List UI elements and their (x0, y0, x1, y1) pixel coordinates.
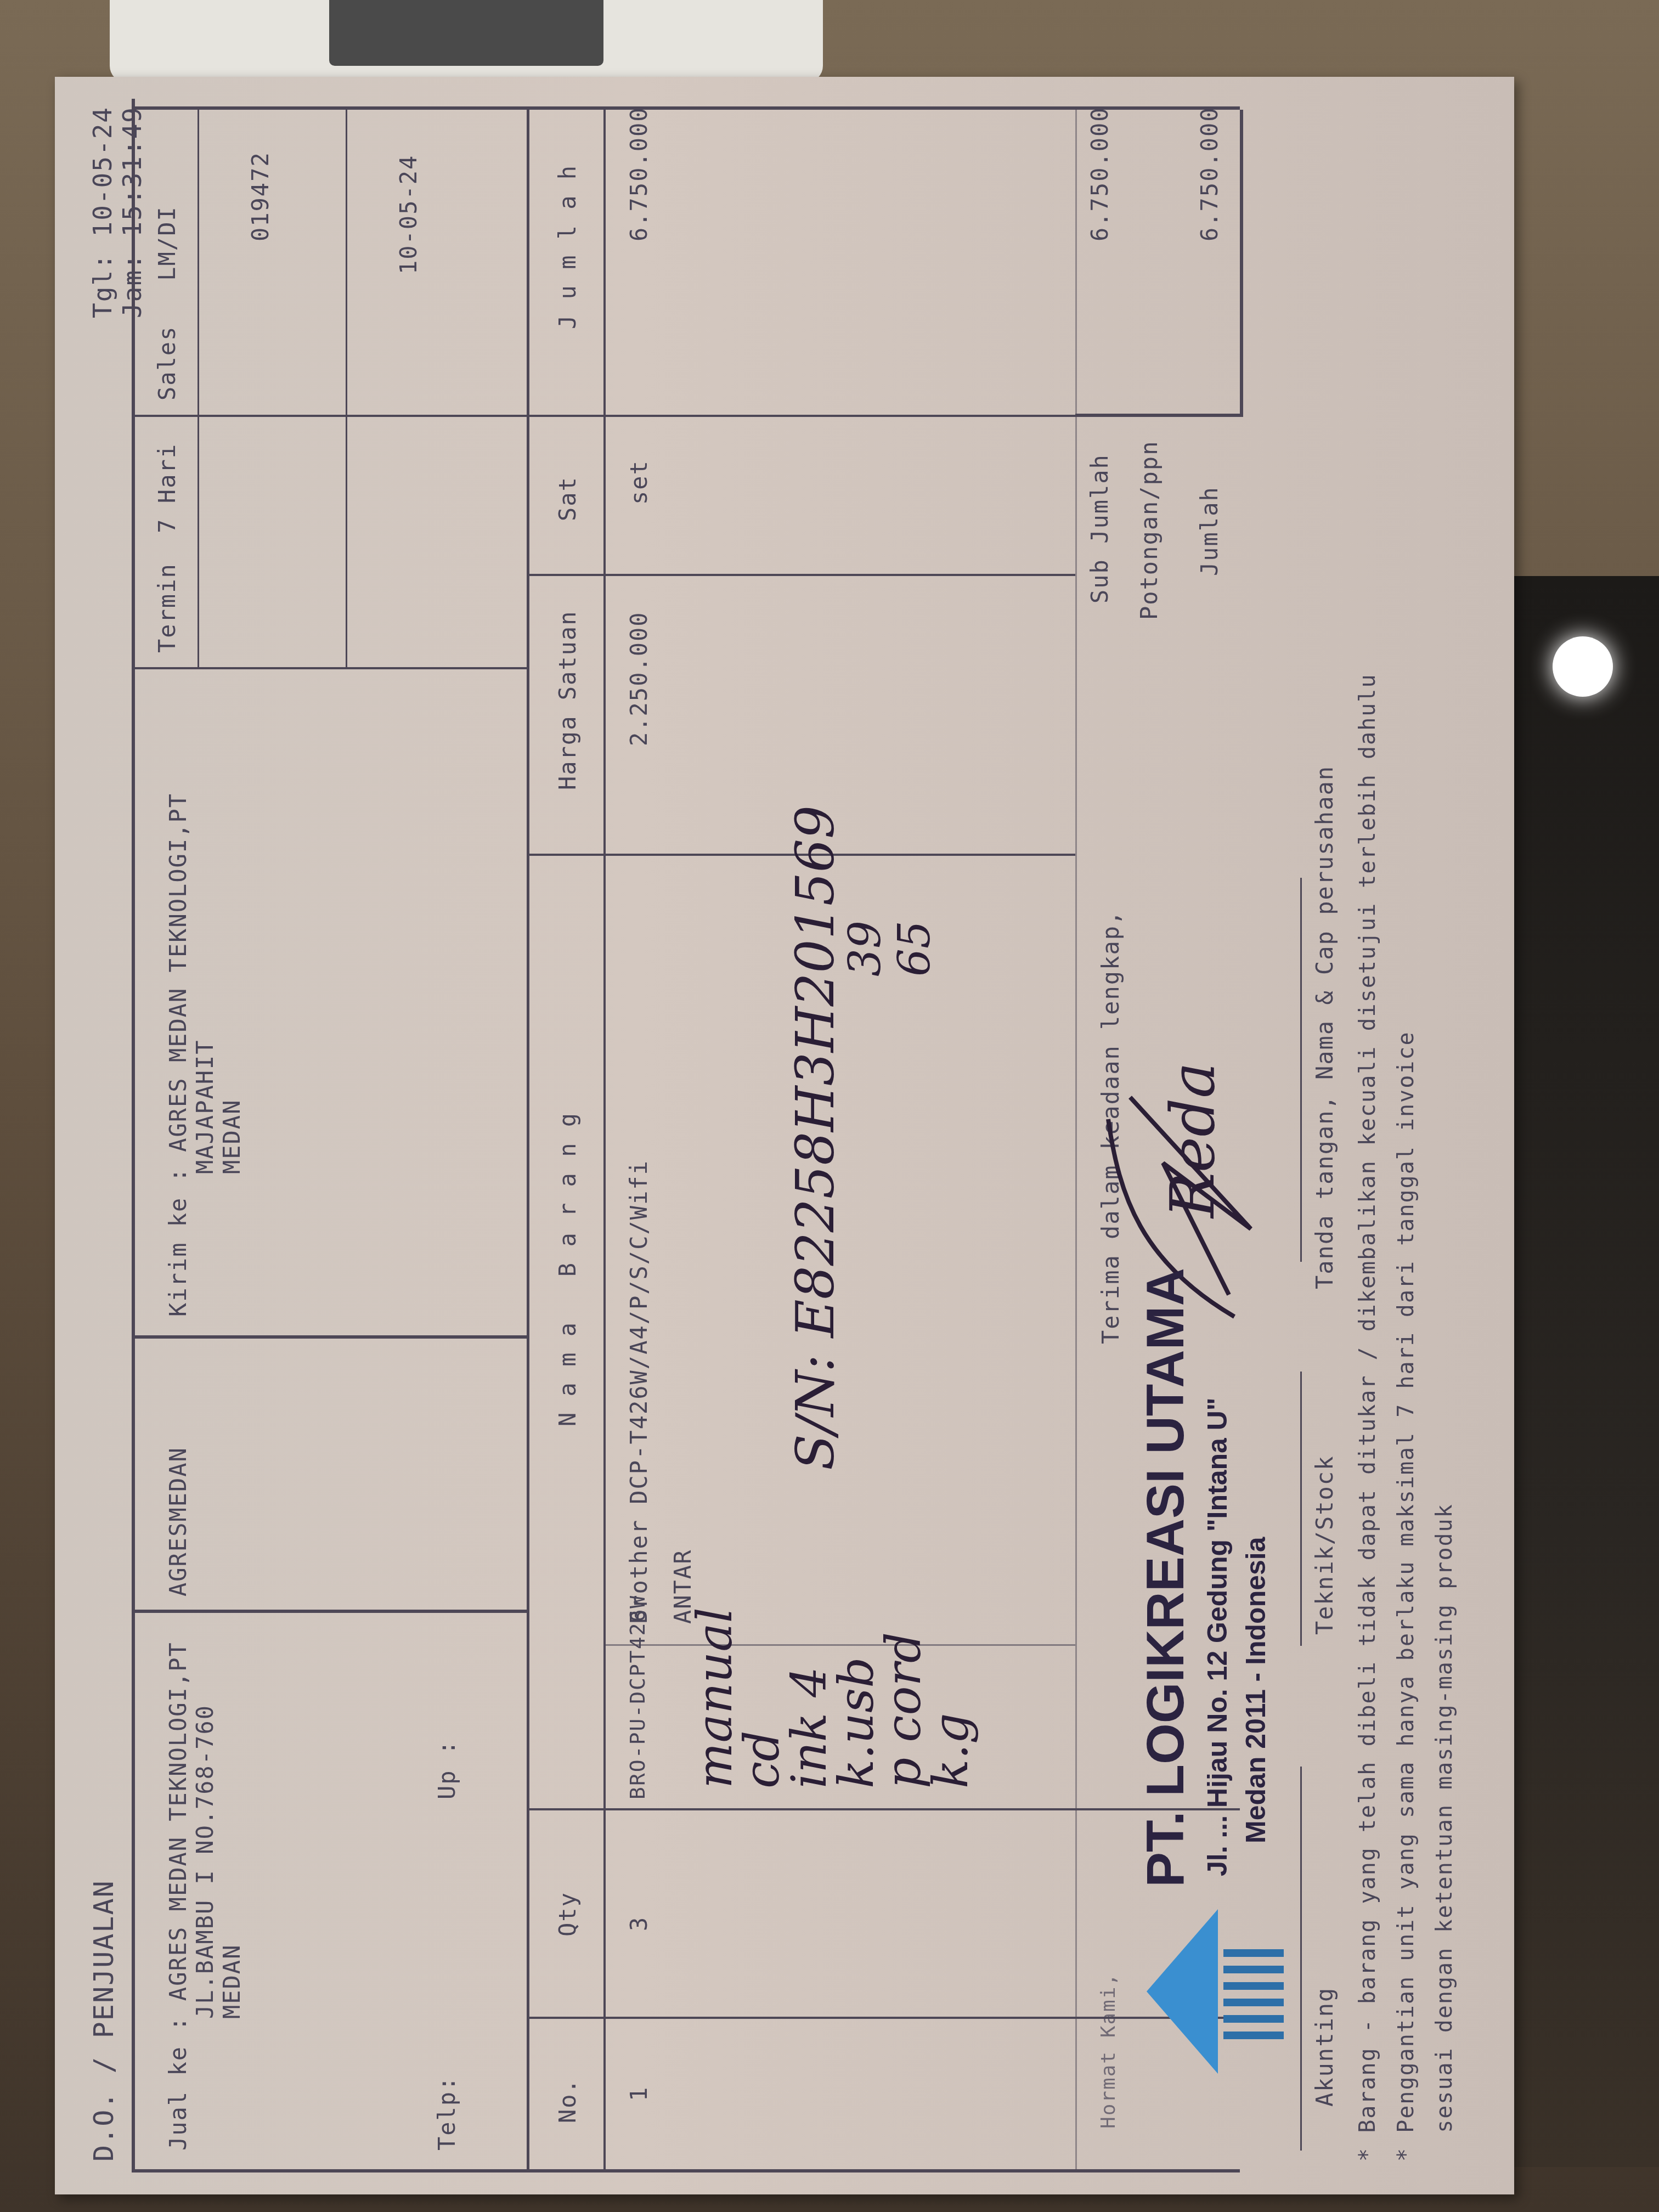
terms: Termin 7 Hari (154, 443, 180, 653)
accounting-label: Akunting (1311, 1987, 1338, 2107)
row-unit-price: 2.250.000 (625, 611, 652, 746)
signature-note: Tanda tangan, Nama & Cap perusahaan (1311, 765, 1338, 1289)
date-value: 10-05-24 (88, 106, 117, 237)
totals-top-rule (1075, 110, 1077, 2172)
sold-to-address: JL.BAMBU I NO.768-760 (191, 1641, 218, 2151)
col-header-unit-price: Harga Satuan (554, 611, 581, 790)
glass-edge (1494, 576, 1659, 2167)
sold-to-city: MEDAN (218, 1641, 245, 2151)
sales-label: Sales (154, 326, 180, 400)
totals-bottom-rule (1240, 110, 1243, 417)
sold-to-block: Jual ke : AGRES MEDAN TEKNOLOGI,PT JL.BA… (165, 1641, 245, 2151)
accessory-item: cd (738, 1607, 786, 1788)
sales-divider (132, 415, 527, 417)
paper-sheet: D.O. / PENJUALAN Tgl: 10-05-24 Jam: 15:3… (55, 77, 1514, 2194)
row-qty: 3 (625, 1916, 652, 1931)
telp-label: Telp: (433, 2076, 460, 2151)
serial-extra-2: 65 (889, 921, 940, 977)
col-header-amount: J u m l a h (554, 165, 581, 329)
sales: Sales LM/DI (154, 206, 180, 400)
sold-to-label: Jual ke : (165, 2016, 191, 2151)
col-header-qty: Qty (554, 1892, 581, 1937)
stamp-address-1: Jl. ... Hijau No. 12 Gedung "Intana U" (1201, 1397, 1233, 1876)
terms-rule (198, 110, 199, 669)
serial-label: S/N: (785, 1355, 846, 1470)
right-border (132, 106, 1240, 110)
date-time: Tgl: 10-05-24 Jam: 15:31:49 (88, 77, 147, 318)
ship-to-block: Kirim ke : AGRES MEDAN TEKNOLOGI,PT MAJA… (165, 793, 245, 1317)
row-item-code: BRO-PU-DCPT426W (625, 1595, 650, 1799)
row-item-name: Brother DCP-T426W/A4/P/S/C/Wifi (625, 1160, 652, 1624)
serial-number: E82258H3H201569 (785, 805, 846, 1338)
accessory-item: k.usb (833, 1607, 880, 1788)
stamp-company-name: PT. LOGIKREASI UTAMA (1136, 1268, 1196, 1887)
handwritten-serial: S/N: E82258H3H201569 (785, 805, 846, 1470)
accessory-item: ink 4 (786, 1607, 833, 1788)
technical-label: Teknik/Stock (1311, 1455, 1338, 1635)
sales-value: LM/DI (154, 206, 180, 280)
branch-code: AGRESMEDAN (165, 1447, 191, 1596)
accessory-item: k.g (927, 1607, 974, 1788)
col-divider-unit (527, 415, 1075, 417)
terms-value: 7 Hari (154, 443, 180, 533)
docno-rule (346, 110, 347, 669)
col-header-item-name: N a m a B a r a n g (554, 1112, 581, 1426)
terms-note-1: * Barang - barang yang telah dibeli tida… (1355, 673, 1380, 2162)
regards-label: Hormat Kami, (1097, 1973, 1120, 2129)
serial-extra-1: 39 (839, 921, 890, 977)
stamp-address-2: Medan 2011 - Indonesia (1240, 1537, 1272, 1843)
subtotal-label: Sub Jumlah (1086, 454, 1113, 603)
header-top-rule (132, 99, 135, 2172)
ship-to-label: Kirim ke : (165, 1167, 191, 1317)
document-date: 10-05-24 (395, 155, 422, 274)
total-label: Jumlah (1196, 486, 1223, 576)
col-divider-price (527, 574, 1075, 576)
accessory-item: p cord (880, 1607, 927, 1788)
terms-note-2: * Penggantian unit yang sama hanya berla… (1393, 1031, 1419, 2162)
terms-divider (132, 667, 527, 669)
sign-line-accounting (1300, 1767, 1302, 2151)
col-header-unit: Sat (554, 476, 581, 521)
left-border (132, 2169, 1240, 2172)
date-label: Tgl: (88, 253, 117, 318)
ship-to-name: AGRES MEDAN TEKNOLOGI,PT (165, 793, 191, 1152)
sign-line-technical (1300, 1372, 1302, 1646)
sold-to-divider (132, 1610, 527, 1613)
col-header-no: No. (554, 2078, 581, 2123)
table-header-rule (603, 110, 606, 2172)
ship-to-divider (132, 1335, 527, 1339)
total-value: 6.750.000 (1196, 106, 1223, 241)
row-amount: 6.750.000 (625, 106, 652, 241)
sign-line-customer (1300, 878, 1302, 1262)
row-no: 1 (625, 2086, 652, 2101)
sold-to-name: AGRES MEDAN TEKNOLOGI,PT (165, 1641, 191, 2001)
document-number: 019472 (247, 151, 274, 241)
printer-part (329, 0, 603, 66)
accessory-item: manual (691, 1607, 738, 1788)
table-top-rule (527, 110, 529, 2172)
col-divider-qty (527, 1808, 1240, 1810)
ship-to-address: MAJAPAHIT (191, 793, 218, 1317)
totals-divider (1075, 414, 1240, 417)
handwritten-accessories: manual cd ink 4 k.usb p cord k.g (691, 1607, 974, 1788)
delivery-order-document: D.O. / PENJUALAN Tgl: 10-05-24 Jam: 15:3… (55, 77, 1514, 2194)
discount-label: Potongan/ppn (1136, 441, 1163, 620)
company-logo-icon (1125, 1898, 1289, 2085)
up-label: Up : (433, 1740, 460, 1799)
light-reflection (1553, 636, 1613, 697)
document-title: D.O. / PENJUALAN (88, 1880, 120, 2162)
subtotal-value: 6.750.000 (1086, 106, 1113, 241)
row-unit: set (625, 460, 652, 505)
terms-note-3: sesuai dengan ketentuan masing-masing pr… (1432, 1503, 1457, 2162)
ship-to-city: MEDAN (218, 793, 245, 1317)
terms-label: Termin (154, 563, 180, 653)
